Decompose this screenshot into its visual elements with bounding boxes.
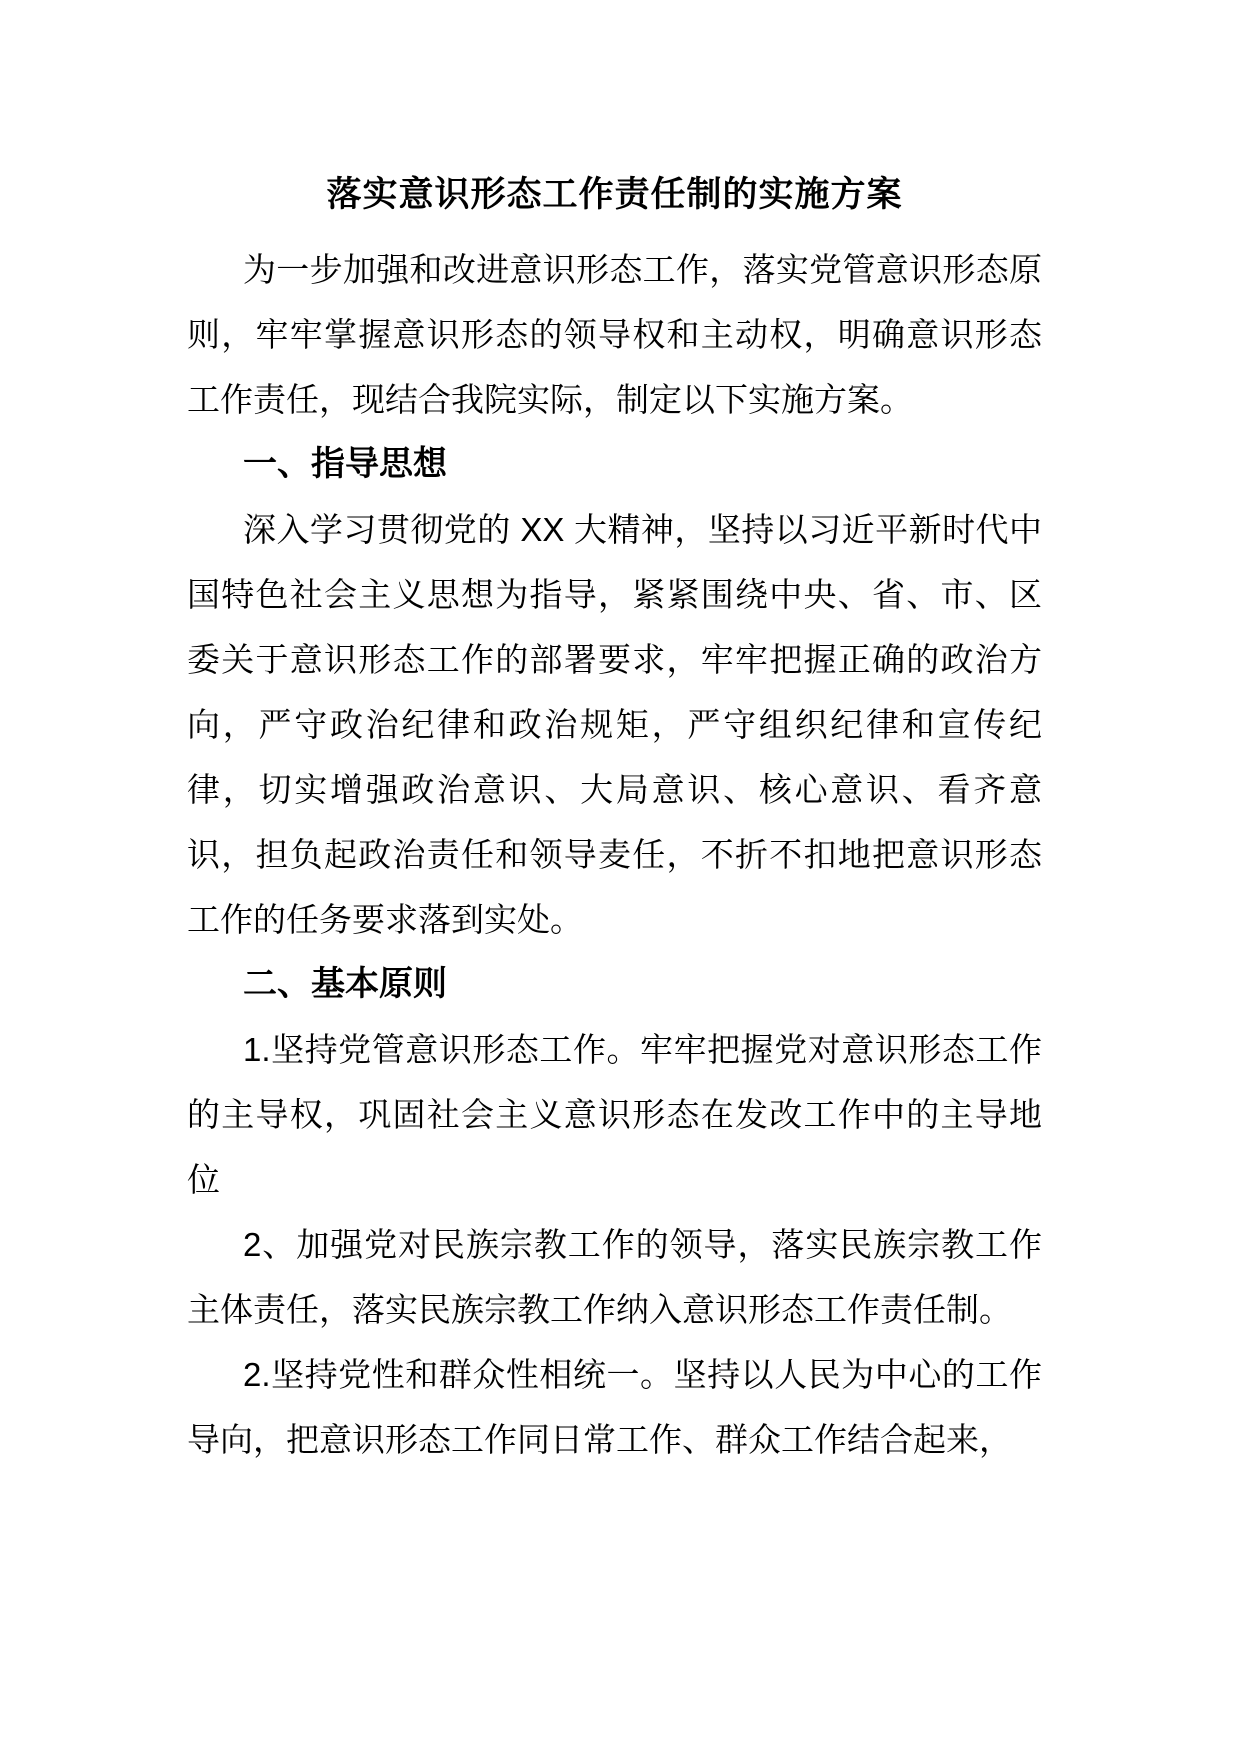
- paragraph-principle-3: 2.坚持党性和群众性相统一。坚持以人民为中心的工作导向，把意识形态工作同日常工作…: [187, 1342, 1042, 1472]
- document-page: 落实意识形态工作责任制的实施方案 为一步加强和改进意识形态工作，落实党管意识形态…: [0, 0, 1240, 1754]
- heading-basic-principles: 二、基本原则: [187, 952, 1042, 1017]
- paragraph-intro: 为一步加强和改进意识形态工作，落实党管意识形态原则，牢牢掌握意识形态的领导权和主…: [187, 237, 1042, 432]
- document-content: 落实意识形态工作责任制的实施方案 为一步加强和改进意识形态工作，落实党管意识形态…: [187, 163, 1042, 1472]
- heading-guiding-ideology: 一、指导思想: [187, 432, 1042, 497]
- document-title: 落实意识形态工作责任制的实施方案: [187, 163, 1042, 227]
- paragraph-guiding-ideology: 深入学习贯彻党的 XX 大精神，坚持以习近平新时代中国特色社会主义思想为指导，紧…: [187, 497, 1042, 952]
- paragraph-principle-2: 2、加强党对民族宗教工作的领导，落实民族宗教工作主体责任，落实民族宗教工作纳入意…: [187, 1212, 1042, 1342]
- paragraph-principle-1: 1.坚持党管意识形态工作。牢牢把握党对意识形态工作的主导权，巩固社会主义意识形态…: [187, 1017, 1042, 1212]
